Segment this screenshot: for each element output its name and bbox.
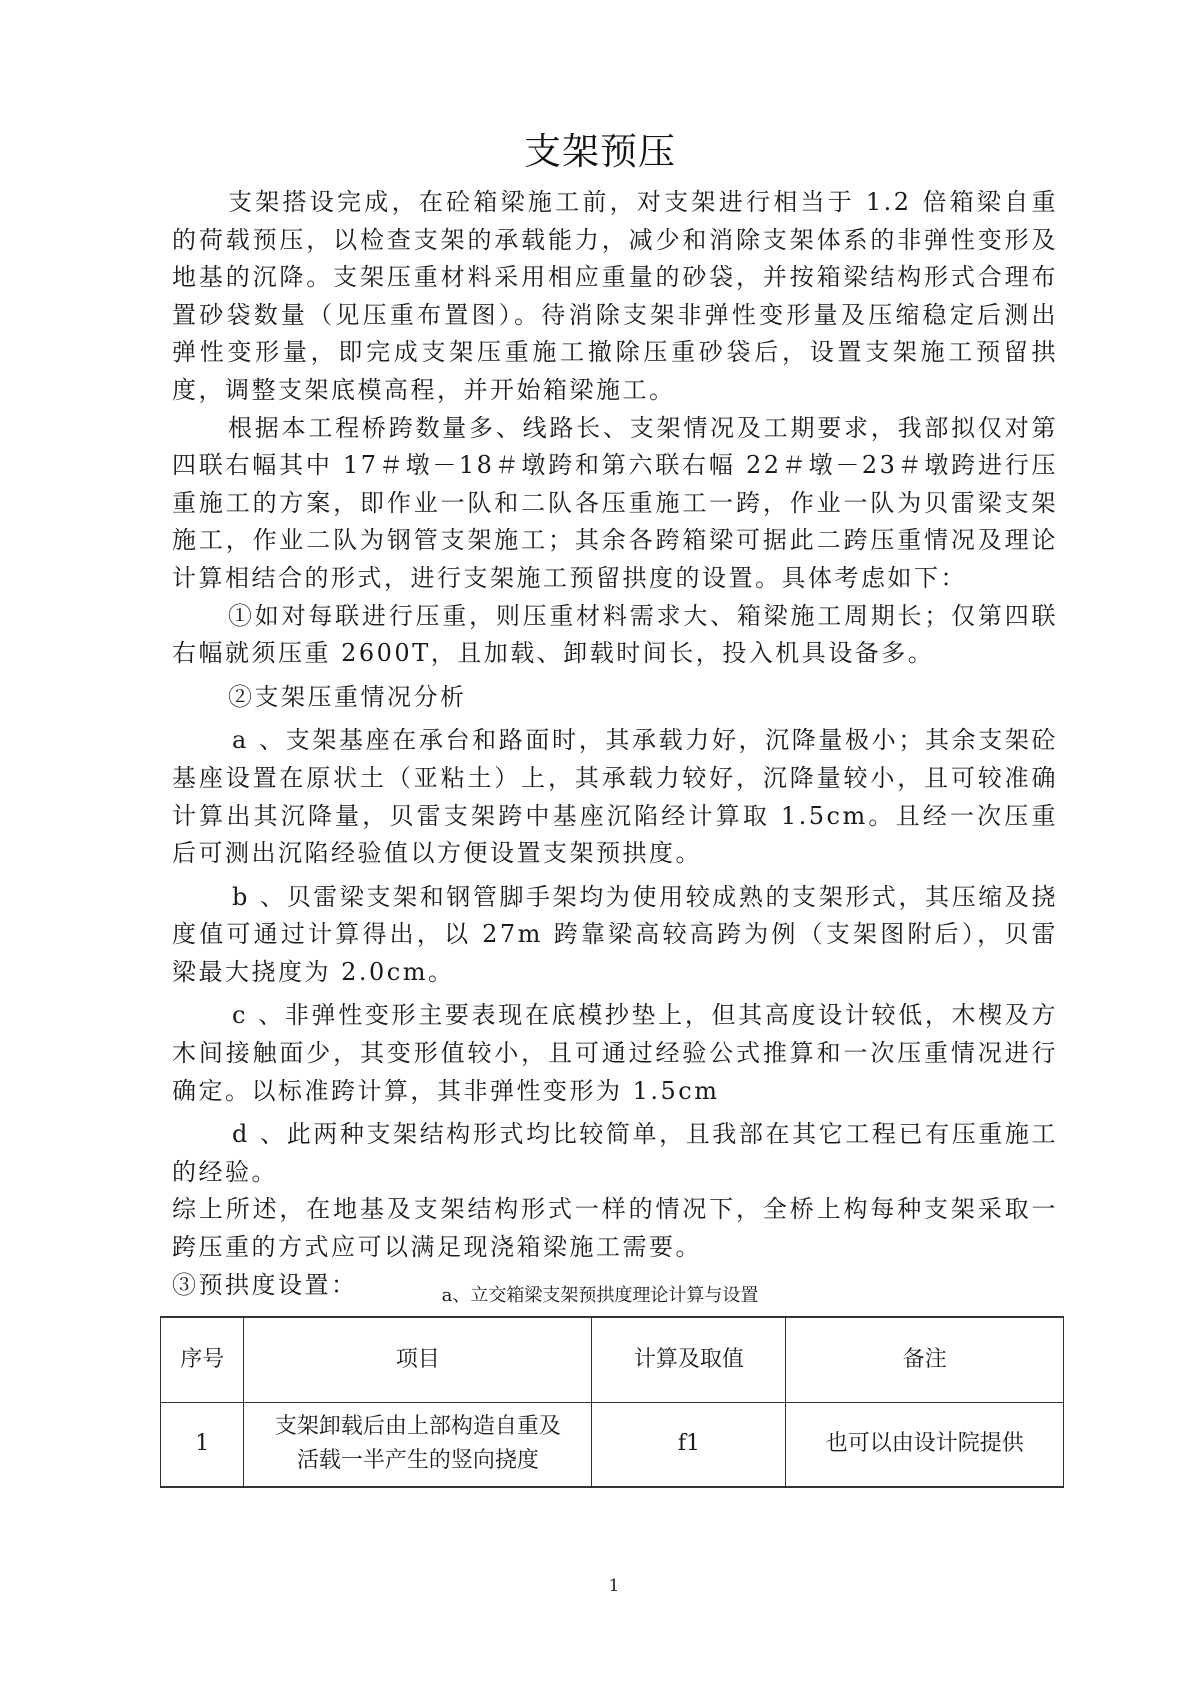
paragraph-intro: 支架搭设完成，在砼箱梁施工前，对支架进行相当于 1.2 倍箱梁自重的荷载预压，以… xyxy=(172,184,1058,410)
cell-item-line-2: 活载一半产生的竖向挠度 xyxy=(254,1444,581,1478)
header-calculation-value: 计算及取值 xyxy=(592,1317,786,1402)
body-text: 支架搭设完成，在砼箱梁施工前，对支架进行相当于 1.2 倍箱梁自重的荷载预压，以… xyxy=(172,184,1058,1304)
paragraph-point-1: ①如对每联进行压重，则压重材料需求大、箱梁施工周期长；仅第四联右幅就须压重 26… xyxy=(172,598,1058,673)
paragraph-item-d: d 、此两种支架结构形式均比较简单，且我部在其它工程已有压重施工的经验。 xyxy=(172,1116,1058,1191)
cell-item-line-1: 支架卸载后由上部构造自重及 xyxy=(254,1410,581,1444)
table-caption: a、立交箱梁支架预拱度理论计算与设置 xyxy=(0,1283,1200,1309)
table-header-row: 序号 项目 计算及取值 备注 xyxy=(161,1317,1064,1402)
header-item: 项目 xyxy=(244,1317,592,1402)
paragraph-plan: 根据本工程桥跨数量多、线路长、支架情况及工期要求，我部拟仅对第四联右幅其中 17… xyxy=(172,410,1058,598)
paragraph-item-b: b 、贝雷梁支架和钢管脚手架均为使用较成熟的支架形式，其压缩及挠度值可通过计算得… xyxy=(172,879,1058,992)
cell-item: 支架卸载后由上部构造自重及 活载一半产生的竖向挠度 xyxy=(244,1402,592,1487)
cell-calculation-value: f1 xyxy=(592,1402,786,1487)
page-number: 1 xyxy=(0,1575,1200,1597)
cell-remarks: 也可以由设计院提供 xyxy=(786,1402,1064,1487)
header-remarks: 备注 xyxy=(786,1317,1064,1402)
table-row: 1 支架卸载后由上部构造自重及 活载一半产生的竖向挠度 f1 也可以由设计院提供 xyxy=(161,1402,1064,1487)
paragraph-summary: 综上所述，在地基及支架结构形式一样的情况下，全桥上构每种支架采取一跨压重的方式应… xyxy=(172,1191,1058,1266)
paragraph-item-c: c 、非弹性变形主要表现在底模抄垫上，但其高度设计较低，木楔及方木间接触面少，其… xyxy=(172,997,1058,1110)
paragraph-point-2-heading: ②支架压重情况分析 xyxy=(172,679,1058,717)
header-serial-number: 序号 xyxy=(161,1317,244,1402)
cell-serial-number: 1 xyxy=(161,1402,244,1487)
document-page: 支架预压 支架搭设完成，在砼箱梁施工前，对支架进行相当于 1.2 倍箱梁自重的荷… xyxy=(0,0,1200,1697)
camber-calculation-table: 序号 项目 计算及取值 备注 1 支架卸载后由上部构造自重及 活载一半产生的竖向… xyxy=(160,1316,1064,1488)
page-title: 支架预压 xyxy=(0,128,1200,176)
paragraph-item-a: a 、支架基座在承台和路面时，其承载力好，沉降量极小；其余支架砼基座设置在原状土… xyxy=(172,722,1058,872)
